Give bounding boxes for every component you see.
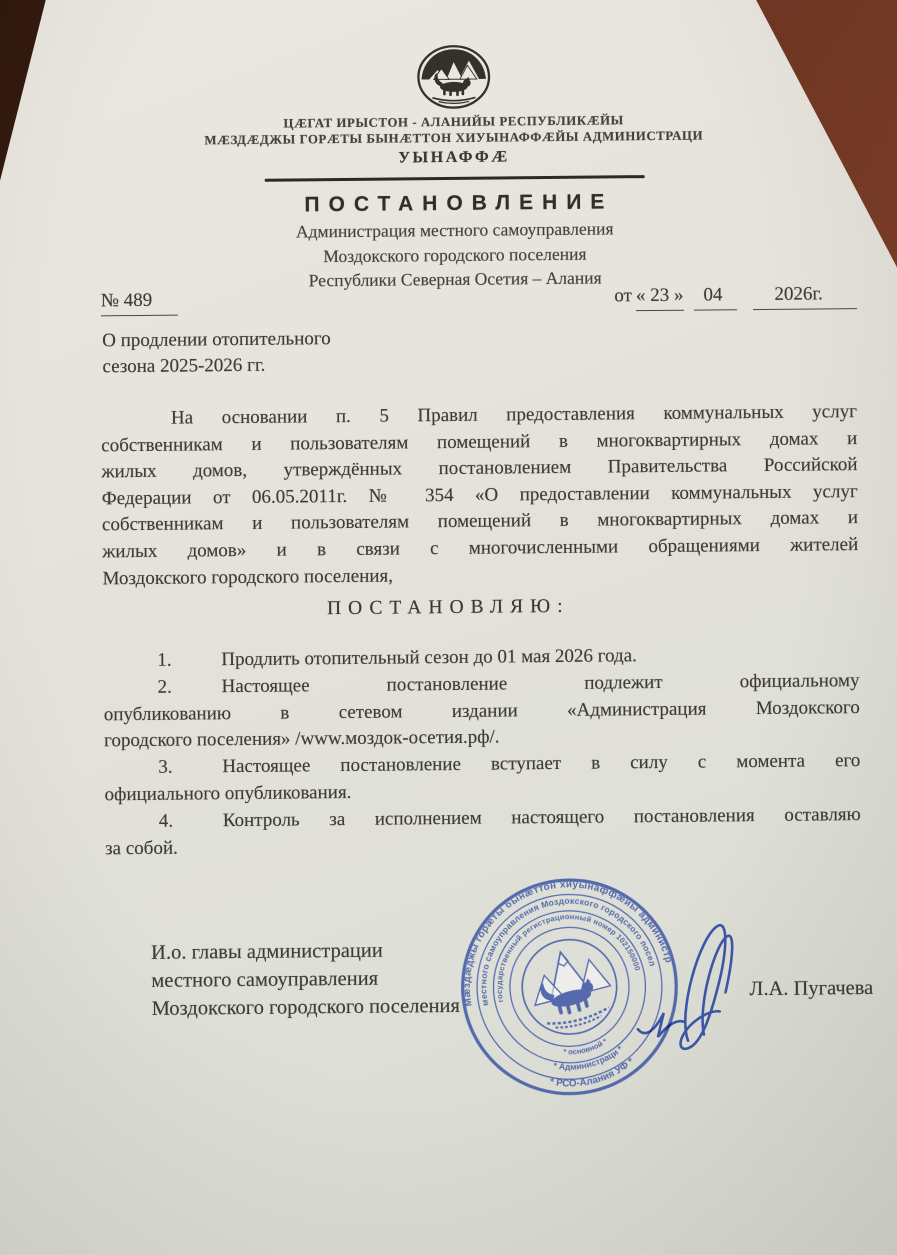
document-content: ЦÆГАТ ИРЫСТОН - АЛАНИЙЫ РЕСПУБЛИКÆЙЫ МÆЗ…: [0, 0, 897, 1255]
signatory-title-line: Моздокского городского поселения: [152, 992, 461, 1023]
date-day: « 23 »: [636, 285, 684, 311]
org-name-line1: Администрация местного самоуправления: [6, 216, 897, 245]
signatory-title-block: И.о. главы администрации местного самоуп…: [151, 936, 460, 1023]
subject-line: сезона 2025-2026 гг.: [102, 352, 331, 380]
handwritten-signature: [615, 899, 817, 1066]
item-number: 4.: [159, 808, 223, 835]
document-paper: ЦÆГАТ ИРЫСТОН - АЛАНИЙЫ РЕСПУБЛИКÆЙЫ МÆЗ…: [0, 0, 897, 1255]
ossetia-coat-of-arms-icon: [414, 44, 493, 111]
subject-line: О продлении отопительного: [102, 326, 331, 354]
signatory-title-line: местного самоуправления: [151, 964, 460, 995]
document-date: от« 23 »042026г.: [614, 283, 857, 311]
doc-type-title: ПОСТАНОВЛЕНИЕ: [6, 188, 897, 221]
date-prefix: от: [614, 285, 632, 306]
header-divider-line: [264, 175, 644, 182]
resolution-items: 1.Продлить отопительный сезон до 01 мая …: [103, 641, 861, 863]
signatory-title-line: И.о. главы администрации: [151, 936, 460, 967]
photo-scene: ЦÆГАТ ИРЫСТОН - АЛАНИЙЫ РЕСПУБЛИКÆЙЫ МÆЗ…: [0, 0, 897, 1255]
item-number: 1.: [157, 647, 221, 674]
item-number: 3.: [158, 754, 222, 781]
letterhead: ЦÆГАТ ИРЫСТОН - АЛАНИЙЫ РЕСПУБЛИКÆЙЫ МÆЗ…: [4, 40, 897, 294]
subject-block: О продлении отопительного сезона 2025-20…: [102, 326, 331, 379]
item-number: 2.: [157, 674, 221, 701]
preamble-paragraph: На основании п. 5 Правил предоставления …: [101, 399, 859, 592]
resolve-heading: ПОСТАНОВЛЯЮ:: [0, 593, 897, 624]
date-year: 2026г.: [752, 283, 857, 310]
org-name-line2: Моздокского городского поселения: [6, 241, 897, 270]
document-number: № 489: [101, 290, 179, 317]
date-month: 04: [693, 284, 736, 310]
